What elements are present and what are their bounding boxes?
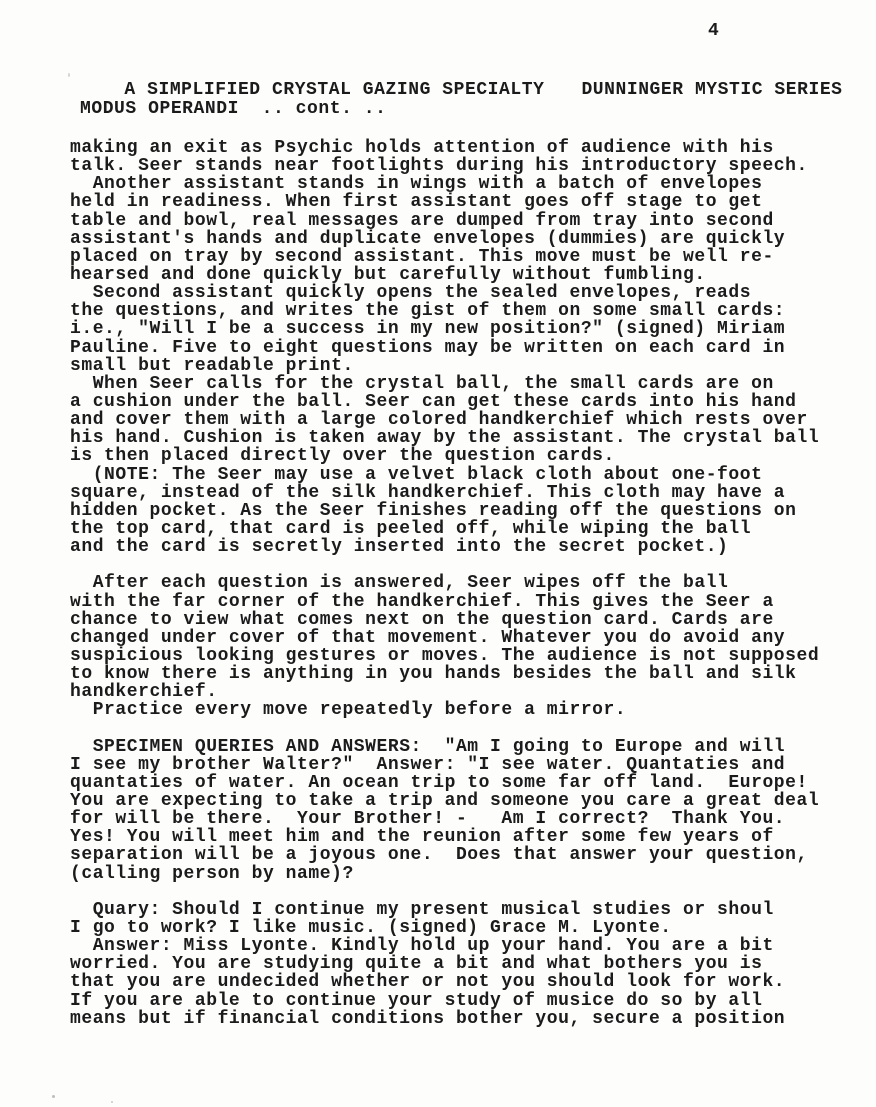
- text-line: Quary: Should I continue my present musi…: [70, 901, 850, 919]
- text-line: [70, 556, 850, 574]
- text-line: When Seer calls for the crystal ball, th…: [70, 375, 850, 393]
- body-text: making an exit as Psychic holds attentio…: [70, 139, 850, 1028]
- document-page: 4 A SIMPLIFIED CRYSTAL GAZING SPECIALTYD…: [0, 0, 876, 1107]
- text-line: held in readiness. When first assistant …: [70, 193, 850, 211]
- page-number: 4: [708, 21, 719, 41]
- text-line: hearsed and done quickly but carefully w…: [70, 266, 850, 284]
- scan-speck: [52, 1095, 55, 1098]
- text-line: [70, 883, 850, 901]
- text-line: for will be there. Your Brother! - Am I …: [70, 810, 850, 828]
- text-line: that you are undecided whether or not yo…: [70, 973, 850, 991]
- text-line: You are expecting to take a trip and som…: [70, 792, 850, 810]
- text-line: quantaties of water. An ocean trip to so…: [70, 774, 850, 792]
- text-line: Practice every move repeatedly before a …: [70, 701, 850, 719]
- text-line: placed on tray by second assistant. This…: [70, 248, 850, 266]
- text-line: separation will be a joyous one. Does th…: [70, 846, 850, 864]
- scan-speck: [68, 73, 70, 77]
- text-line: (NOTE: The Seer may use a velvet black c…: [70, 466, 850, 484]
- text-line: Yes! You will meet him and the reunion a…: [70, 828, 850, 846]
- text-line: small but readable print.: [70, 357, 850, 375]
- text-line: his hand. Cushion is taken away by the a…: [70, 429, 850, 447]
- text-line: If you are able to continue your study o…: [70, 992, 850, 1010]
- scan-speck: [111, 1101, 113, 1103]
- text-line: table and bowl, real messages are dumped…: [70, 212, 850, 230]
- text-line: worried. You are studying quite a bit an…: [70, 955, 850, 973]
- series-title: DUNNINGER MYSTIC SERIES: [581, 80, 842, 100]
- text-line: and cover them with a large colored hand…: [70, 411, 850, 429]
- text-line: to know there is anything in you hands b…: [70, 665, 850, 683]
- text-line: changed under cover of that movement. Wh…: [70, 629, 850, 647]
- text-line: Pauline. Five to eight questions may be …: [70, 339, 850, 357]
- text-line: assistant's hands and duplicate envelope…: [70, 230, 850, 248]
- text-line: making an exit as Psychic holds attentio…: [70, 139, 850, 157]
- text-line: Second assistant quickly opens the seale…: [70, 284, 850, 302]
- text-line: with the far corner of the handkerchief.…: [70, 593, 850, 611]
- text-line: i.e., "Will I be a success in my new pos…: [70, 320, 850, 338]
- text-line: suspicious looking gestures or moves. Th…: [70, 647, 850, 665]
- document-title: A SIMPLIFIED CRYSTAL GAZING SPECIALTY: [124, 80, 544, 100]
- text-line: After each question is answered, Seer wi…: [70, 574, 850, 592]
- text-line: SPECIMEN QUERIES AND ANSWERS: "Am I goin…: [70, 738, 850, 756]
- text-line: Another assistant stands in wings with a…: [70, 175, 850, 193]
- text-line: handkerchief.: [70, 683, 850, 701]
- text-line: I go to work? I like music. (signed) Gra…: [70, 919, 850, 937]
- text-line: Answer: Miss Lyonte. Kindly hold up your…: [70, 937, 850, 955]
- text-line: is then placed directly over the questio…: [70, 447, 850, 465]
- text-line: the top card, that card is peeled off, w…: [70, 520, 850, 538]
- text-line: [70, 720, 850, 738]
- text-line: and the card is secretly inserted into t…: [70, 538, 850, 556]
- text-line: talk. Seer stands near footlights during…: [70, 157, 850, 175]
- text-line: the questions, and writes the gist of th…: [70, 302, 850, 320]
- text-line: means but if financial conditions bother…: [70, 1010, 850, 1028]
- text-line: a cushion under the ball. Seer can get t…: [70, 393, 850, 411]
- text-line: (calling person by name)?: [70, 865, 850, 883]
- text-line: chance to view what comes next on the qu…: [70, 611, 850, 629]
- section-heading: MODUS OPERANDI .. cont. ..: [80, 99, 387, 119]
- text-line: square, instead of the silk handkerchief…: [70, 484, 850, 502]
- text-line: I see my brother Walter?" Answer: "I see…: [70, 756, 850, 774]
- text-line: hidden pocket. As the Seer finishes read…: [70, 502, 850, 520]
